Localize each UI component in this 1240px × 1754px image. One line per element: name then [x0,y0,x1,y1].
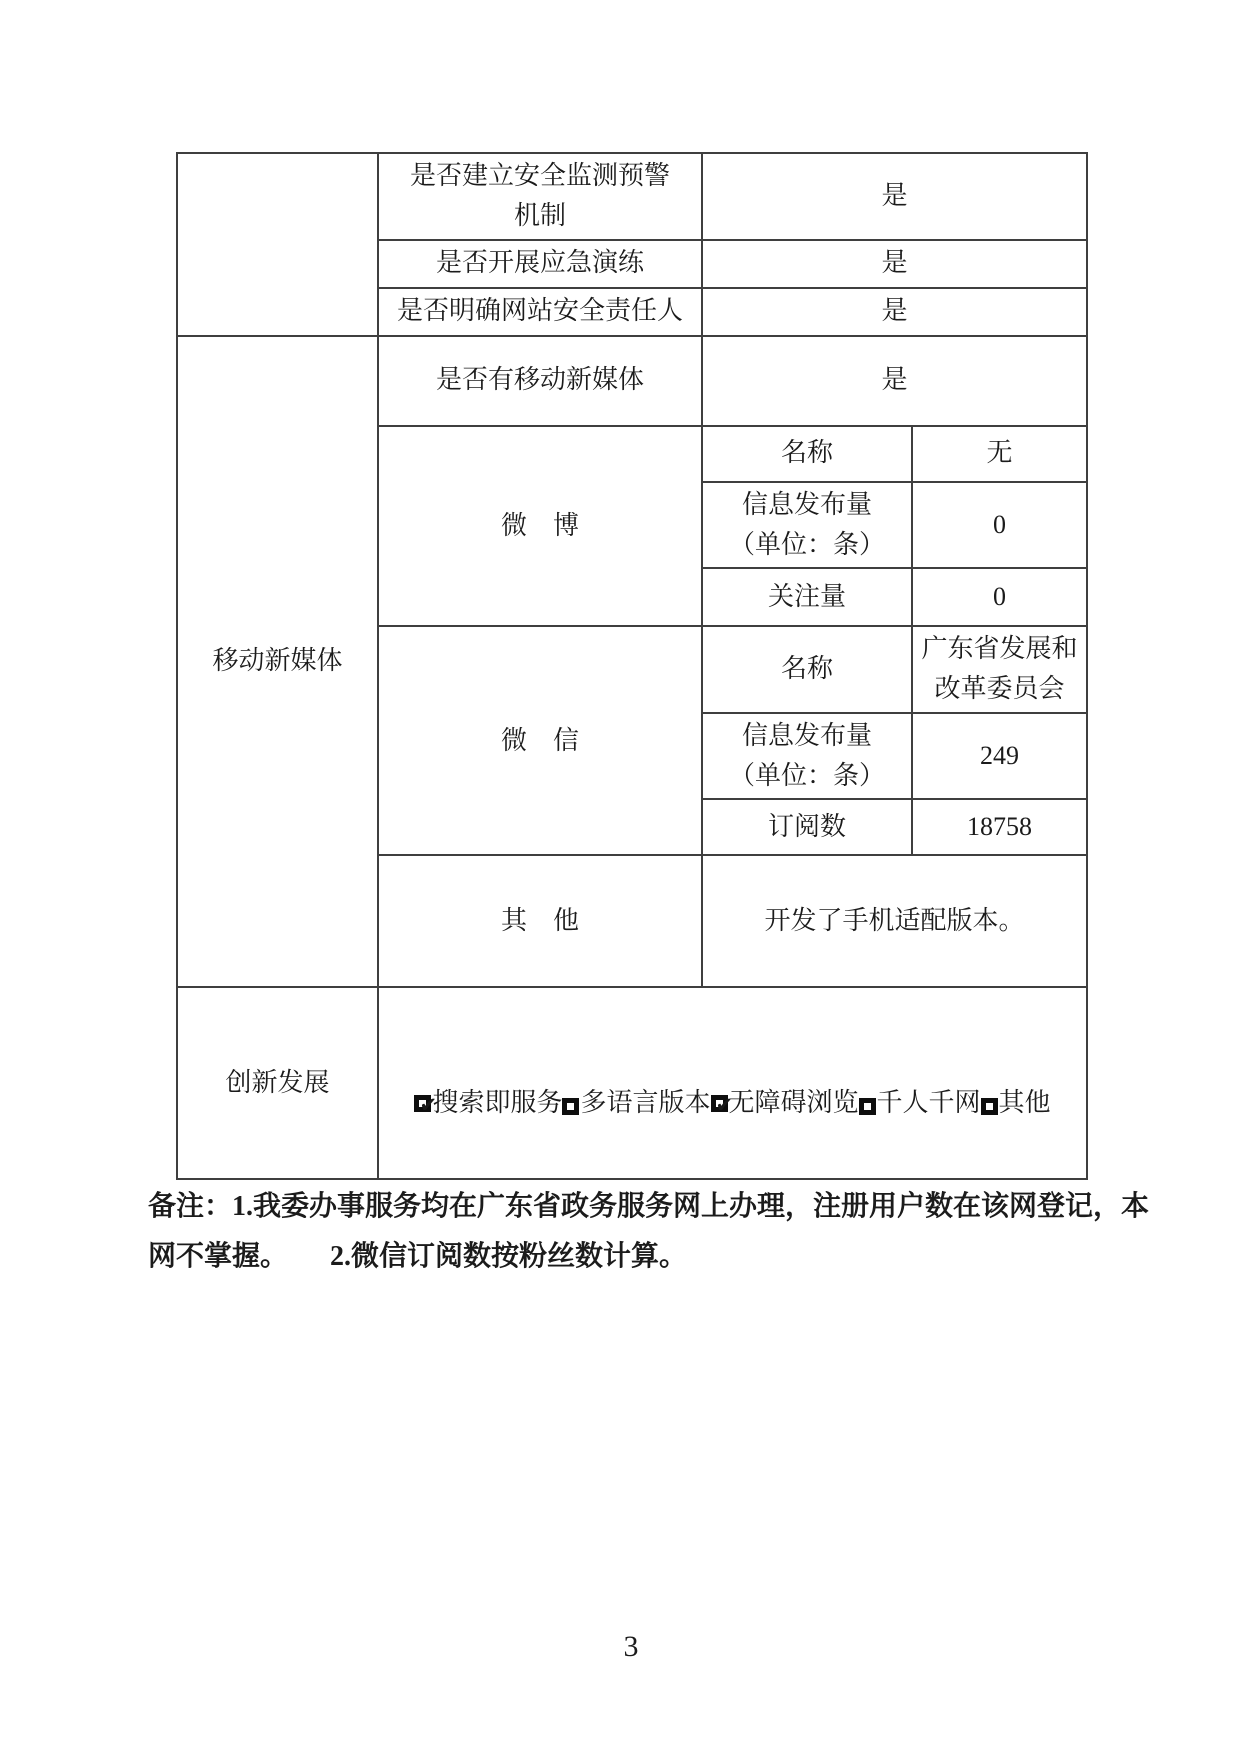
checkbox-icon[interactable]: ✔ [414,1095,431,1112]
weibo-header-cell: 微 博 [378,426,702,627]
checkbox-icon[interactable] [562,1098,579,1115]
checkbox-label: 搜索即服务 [432,1088,562,1117]
wechat-subscribers-value: 18758 [912,799,1087,855]
innovation-option: ✔搜索即服务 [414,1083,562,1123]
report-table: 是否建立安全监测预警 机制 是 是否开展应急演练 是 是否明确网站安全责任人 是… [176,152,1088,1180]
innovation-option: ✔无障碍浏览 [711,1083,859,1123]
table-row: 创新发展 ✔搜索即服务多语言版本✔无障碍浏览千人千网其他 [177,987,1087,1179]
weibo-name-value: 无 [912,426,1087,482]
weibo-name-label: 名称 [702,426,912,482]
checkbox-icon[interactable] [981,1098,998,1115]
empty-header-cell [177,153,378,336]
page-number: 3 [176,1630,1086,1664]
has-mobile-media-label: 是否有移动新媒体 [378,336,702,426]
innovation-option: 多语言版本 [562,1083,710,1123]
innovation-options-cell: ✔搜索即服务多语言版本✔无障碍浏览千人千网其他 [378,987,1087,1179]
other-media-value: 开发了手机适配版本。 [702,855,1087,987]
emergency-drill-label: 是否开展应急演练 [378,240,702,288]
weibo-posts-value: 0 [912,482,1087,569]
checkbox-label: 千人千网 [877,1088,981,1117]
wechat-posts-label: 信息发布量 （单位：条） [702,713,912,800]
other-media-label: 其 他 [378,855,702,987]
innovation-option: 千人千网 [859,1083,981,1123]
security-monitoring-value: 是 [702,153,1087,240]
security-officer-value: 是 [702,288,1087,336]
has-mobile-media-value: 是 [702,336,1087,426]
wechat-name-value: 广东省发展和 改革委员会 [912,626,1087,713]
table-row: 是否建立安全监测预警 机制 是 [177,153,1087,240]
wechat-header-cell: 微 信 [378,626,702,855]
wechat-posts-value: 249 [912,713,1087,800]
weibo-followers-value: 0 [912,568,1087,626]
checkbox-icon[interactable] [859,1098,876,1115]
security-monitoring-label: 是否建立安全监测预警 机制 [378,153,702,240]
footnote: 备注：1.我委办事服务均在广东省政务服务网上办理，注册用户数在该网登记，本 网不… [148,1182,1158,1282]
wechat-name-label: 名称 [702,626,912,713]
checkmark-icon: ✔ [716,1097,723,1114]
innovation-option: 其他 [981,1083,1051,1123]
checkbox-icon[interactable]: ✔ [711,1095,728,1112]
checkbox-label: 多语言版本 [580,1088,710,1117]
wechat-subscribers-label: 订阅数 [702,799,912,855]
weibo-posts-label: 信息发布量 （单位：条） [702,482,912,569]
emergency-drill-value: 是 [702,240,1087,288]
checkbox-label: 其他 [999,1088,1051,1117]
mobile-media-header-cell: 移动新媒体 [177,336,378,988]
checkmark-icon: ✔ [419,1097,426,1114]
table-row: 移动新媒体 是否有移动新媒体 是 [177,336,1087,426]
document-page: 是否建立安全监测预警 机制 是 是否开展应急演练 是 是否明确网站安全责任人 是… [0,0,1240,1754]
checkbox-label: 无障碍浏览 [729,1088,859,1117]
innovation-header-cell: 创新发展 [177,987,378,1179]
weibo-followers-label: 关注量 [702,568,912,626]
security-officer-label: 是否明确网站安全责任人 [378,288,702,336]
